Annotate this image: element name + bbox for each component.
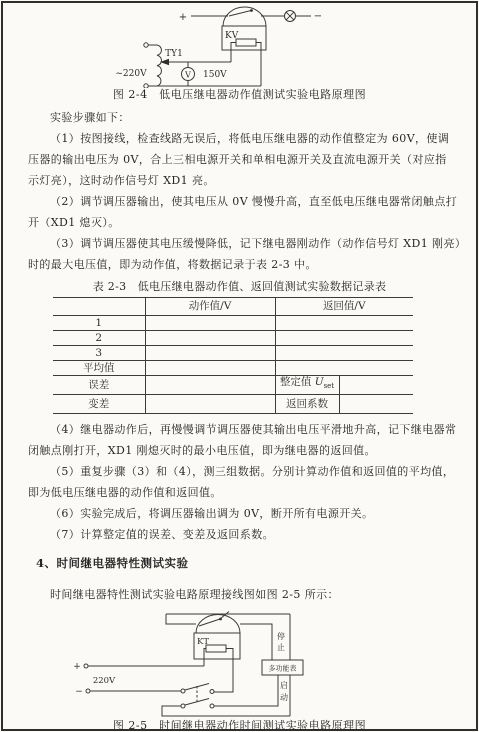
voltmeter-icon: V 150V	[182, 62, 228, 86]
empty-cell	[145, 346, 275, 361]
paragraph-line: （5）重复步骤（3）和（4），测三组数据。分别计算动作值和返回值的平均值，	[28, 461, 451, 482]
empty-cell	[275, 346, 413, 361]
plus-terminal-label: +	[73, 662, 81, 672]
table-row: 平均值	[53, 361, 413, 376]
voltmeter-letter: V	[184, 71, 191, 80]
corner-cell	[53, 298, 145, 316]
table-2-3-title: 表 2-3 低电压继电器动作值、返回值测试实验数据记录表	[0, 279, 479, 294]
table-row: 1	[53, 316, 413, 331]
column-header: 动作值/V	[145, 298, 275, 316]
source-voltage-label: 220V	[93, 676, 116, 686]
paragraph-line: 时的最大电压值，即为动作值，将数据记录于表 2-3 中。	[28, 254, 451, 275]
paragraph-line: 即为低电压继电器的动作值和返回值。	[28, 482, 451, 503]
scanned-document-page: + − KV	[0, 0, 479, 732]
figure-2-5-circuit-diagram: KT + 220V −	[0, 607, 479, 719]
paragraph-line: （3）调节调压器使其电压缓慢降低，记下继电器刚动作（动作信号灯 XD1 刚亮）	[28, 233, 451, 254]
paragraph-line: 实验步骤如下：	[28, 107, 451, 128]
paragraph-line: （2）调节调压器输出，使其电压从 0V 慢慢升高，直至低电压继电器常闭触点打	[28, 191, 451, 212]
row-label: 1	[53, 316, 145, 331]
stop-label-char: 止	[277, 642, 285, 652]
variac-coil	[157, 45, 161, 86]
minus-terminal-label: −	[314, 11, 322, 22]
empty-cell	[339, 376, 413, 395]
experiment-steps-block-1: 实验步骤如下： （1）按图接线，检查线路无误后，将低电压继电器的动作值整定为 6…	[0, 107, 479, 275]
section-4-heading: 4、时间继电器特性测试实验	[0, 555, 479, 572]
relay-coil	[236, 39, 256, 46]
source-voltage-label: ~220V	[115, 69, 147, 79]
empty-cell	[275, 331, 413, 346]
table-row: 3	[53, 346, 413, 361]
paragraph-line: （6）实验完成后，将调压器输出调为 0V，断开所有电源开关。	[28, 503, 451, 524]
start-label-char: 动	[280, 692, 288, 702]
return-coefficient-label-cell: 返回系数	[275, 395, 339, 414]
empty-cell	[145, 376, 275, 395]
minus-terminal-label: −	[75, 687, 83, 697]
tap-label: TY1	[165, 49, 183, 59]
stop-label-char: 停	[277, 631, 285, 641]
data-record-table: 动作值/V 返回值/V 1 2 3 平均值	[53, 297, 413, 414]
table-row-error: 误差 整定值 Uset	[53, 376, 413, 395]
row-label: 3	[53, 346, 145, 361]
plus-terminal-label: +	[179, 12, 187, 23]
dc-signal-branch: + −	[179, 9, 322, 23]
meter-label: 多功能表	[269, 664, 297, 673]
paragraph-line: 开（XD1 熄灭）。	[28, 212, 451, 233]
figure-2-4-circuit-diagram: + − KV	[0, 4, 479, 88]
relay-contact-blade	[229, 11, 251, 17]
measured-voltage-label: 150V	[203, 70, 227, 80]
experiment-steps-block-2: （4）继电器动作后，再慢慢调节调压器使其输出电压平滑地升高，记下继电器常 闭触点…	[0, 419, 479, 545]
row-label: 误差	[53, 376, 145, 395]
start-label-char: 启	[280, 680, 288, 690]
column-header: 返回值/V	[275, 298, 413, 316]
setpoint-label-cell: 整定值 Uset	[275, 376, 339, 395]
paragraph-line: 时间继电器特性测试实验电路原理接线图如图 2-5 所示：	[28, 584, 451, 605]
paragraph-line: 压器的输出电压为 0V，合上三相电源开关和单相电源开关及直流电源开关（对应指	[28, 149, 451, 170]
multifunction-meter: 停 止 多功能表 启 动	[240, 614, 303, 716]
empty-cell	[145, 395, 275, 414]
empty-cell	[145, 316, 275, 331]
paragraph-line: 示灯亮），这时动作信号灯 XD1 亮。	[28, 170, 451, 191]
empty-cell	[145, 331, 275, 346]
table-header-row: 动作值/V 返回值/V	[53, 298, 413, 316]
paragraph-line: （4）继电器动作后，再慢慢调节调压器使其输出电压平滑地升高，记下继电器常	[28, 419, 451, 440]
lamp-icon	[285, 11, 296, 22]
empty-cell	[145, 361, 275, 376]
paragraph-line: （7）计算整定值的误差、变差及返回系数。	[28, 524, 451, 545]
figure-2-4-caption: 图 2-4 低电压继电器动作值测试实验电路原理图	[0, 88, 479, 102]
table-row-variation: 变差 返回系数	[53, 395, 413, 414]
row-label: 平均值	[53, 361, 145, 376]
empty-cell	[275, 316, 413, 331]
table-row: 2	[53, 331, 413, 346]
section-4-intro: 时间继电器特性测试实验电路原理接线图如图 2-5 所示：	[0, 584, 479, 605]
figure-2-5-caption: 图 2-5 时间继电器动作时间测试实验电路原理图	[0, 719, 479, 732]
undervoltage-relay-symbol: KV	[222, 7, 266, 86]
empty-cell	[275, 361, 413, 376]
row-label: 2	[53, 331, 145, 346]
row-label: 变差	[53, 395, 145, 414]
paragraph-line: （1）按图接线，检查线路无误后，将低电压继电器的动作值整定为 60V，使调	[28, 128, 451, 149]
page-content: + − KV	[0, 4, 479, 728]
double-pole-switch	[162, 675, 290, 716]
empty-cell	[339, 395, 413, 414]
paragraph-line: 闭触点刚打开，XD1 刚熄灭时的最小电压值，即为继电器的返回值。	[28, 440, 451, 461]
